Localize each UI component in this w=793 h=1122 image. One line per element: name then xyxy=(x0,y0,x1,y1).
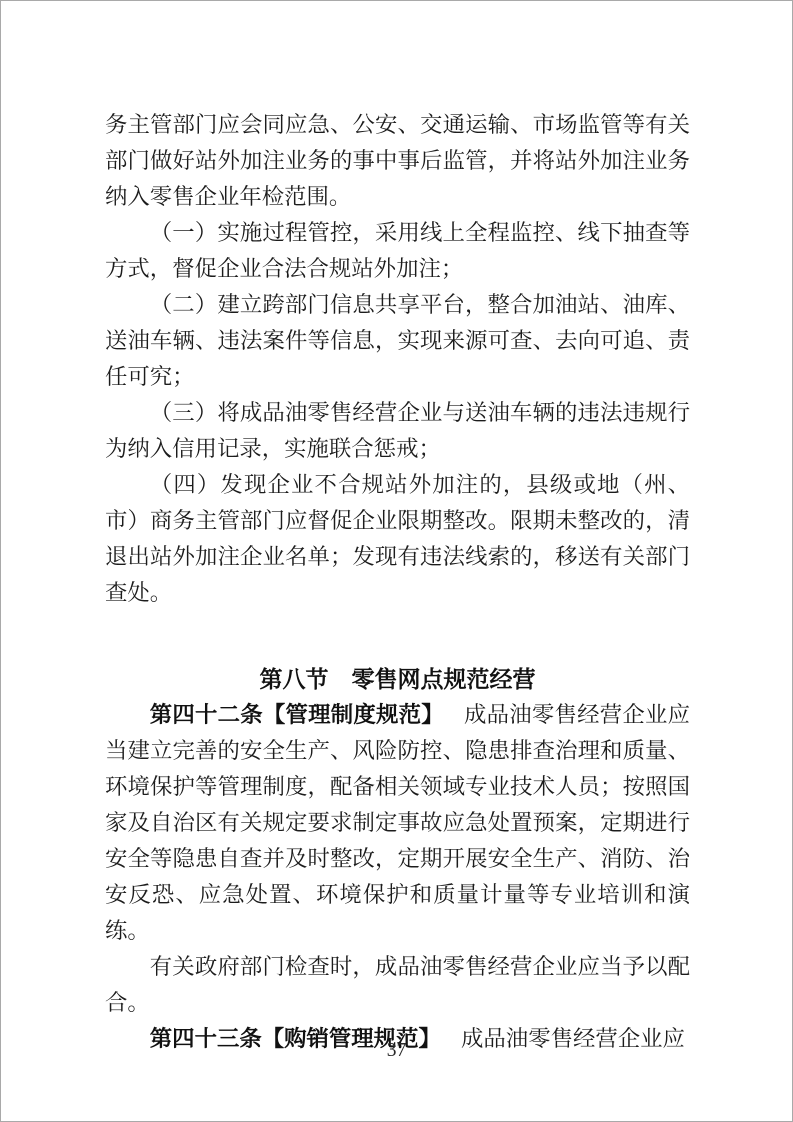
article-42-body: 成品油零售经营企业应当建立完善的安全生产、风险防控、隐患排查治理和质量、环境保护… xyxy=(105,702,690,943)
list-item-1: （一）实施过程管控，采用线上全程监控、线下抽查等方式，督促企业合法合规站外加注； xyxy=(105,215,690,287)
list-item-2: （二）建立跨部门信息共享平台，整合加油站、油库、送油车辆、违法案件等信息，实现来… xyxy=(105,287,690,395)
document-page: 务主管部门应会同应急、公安、交通运输、市场监管等有关部门做好站外加注业务的事中事… xyxy=(0,0,793,1122)
paragraph-continuation: 务主管部门应会同应急、公安、交通运输、市场监管等有关部门做好站外加注业务的事中事… xyxy=(105,107,690,215)
article-42-paragraph-2: 有关政府部门检查时，成品油零售经营企业应当予以配合。 xyxy=(105,949,690,1021)
list-item-4: （四）发现企业不合规站外加注的，县级或地（州、市）商务主管部门应督促企业限期整改… xyxy=(105,467,690,611)
list-item-3: （三）将成品油零售经营企业与送油车辆的违法违规行为纳入信用记录，实施联合惩戒； xyxy=(105,395,690,467)
page-number: 37 xyxy=(1,1039,792,1063)
section-heading: 第八节 零售网点规范经营 xyxy=(105,661,690,697)
article-42-paragraph: 第四十二条【管理制度规范】成品油零售经营企业应当建立完善的安全生产、风险防控、隐… xyxy=(105,697,690,949)
article-42-title: 第四十二条【管理制度规范】 xyxy=(150,702,444,727)
